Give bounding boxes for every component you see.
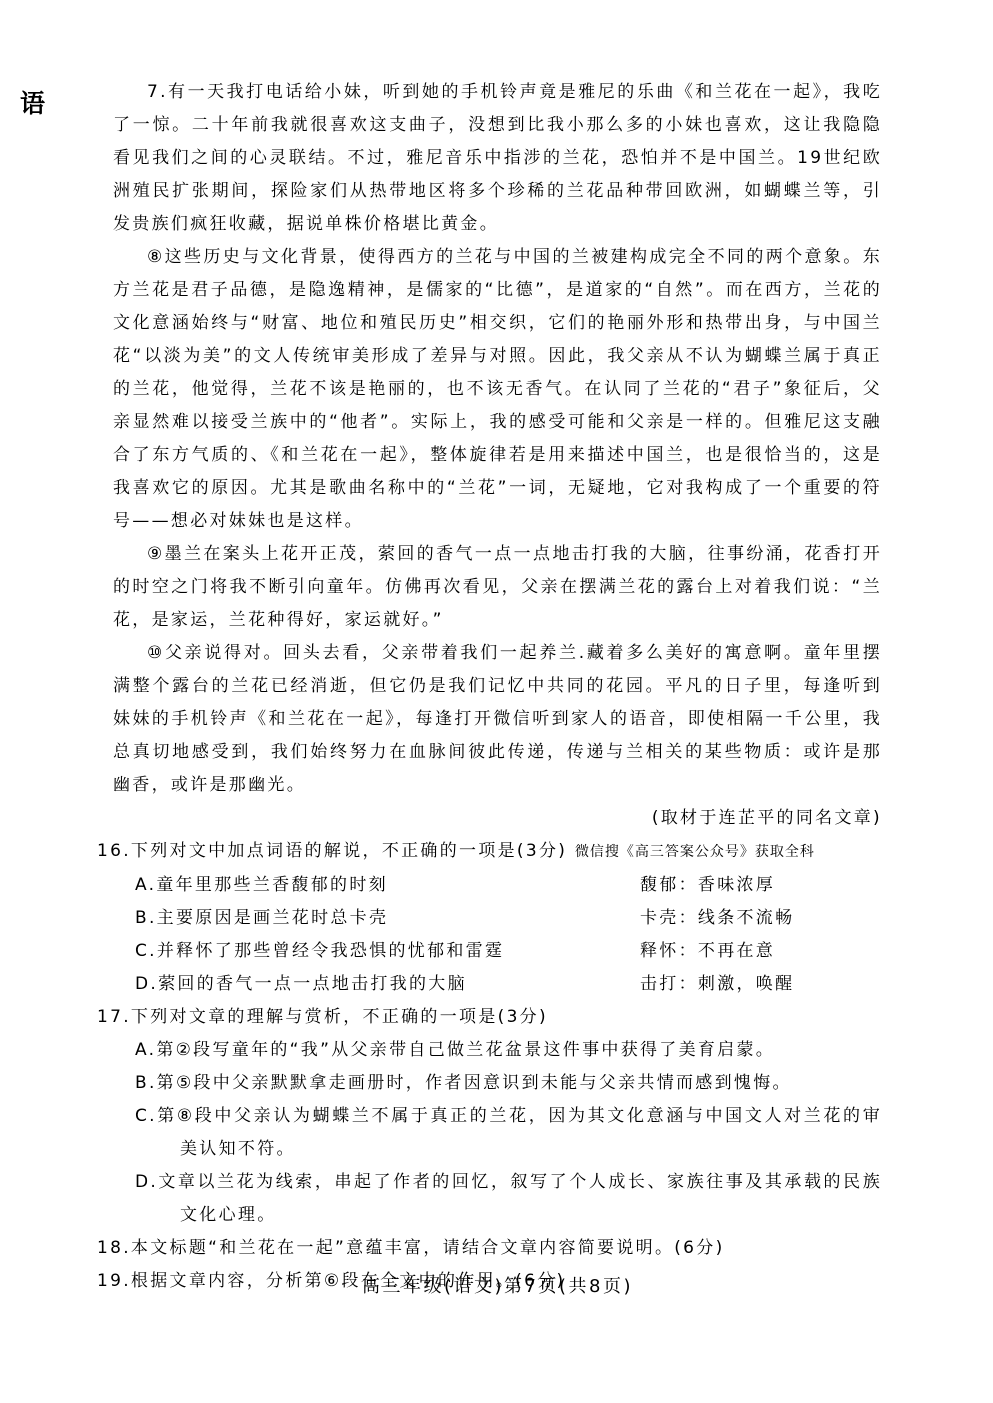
option-gloss: 击打：刺激，唤醒 xyxy=(640,968,882,1001)
content-area: 7.有一天我打电话给小妹，听到她的手机铃声竟是雅尼的乐曲《和兰花在一起》，我吃了… xyxy=(113,76,882,1298)
option-gloss: 卡壳：线条不流畅 xyxy=(640,902,882,935)
passage-paragraph-10: ⑩父亲说得对。回头去看，父亲带着我们一起养兰.藏着多么美好的寓意啊。童年里摆满整… xyxy=(113,637,882,802)
option-text: A.童年里那些兰香馥郁的时刻 xyxy=(113,869,640,902)
watermark-text: 微信搜《高三答案公众号》获取全科 xyxy=(575,844,815,860)
passage-attribution: (取材于连芷平的同名文章) xyxy=(113,802,882,835)
subject-margin-label: 语 xyxy=(20,84,45,120)
question-18-stem: 18.本文标题“和兰花在一起”意蕴丰富，请结合文章内容简要说明。(6分) xyxy=(97,1232,882,1265)
question-17: 17.下列对文章的理解与赏析，不正确的一项是(3分) A.第②段写童年的“我”从… xyxy=(113,1001,882,1232)
passage-paragraph-8: ⑧这些历史与文化背景，使得西方的兰花与中国的兰被建构成完全不同的两个意象。东方兰… xyxy=(113,241,882,538)
question-17-option-a: A.第②段写童年的“我”从父亲带自己做兰花盆景这件事中获得了美育启蒙。 xyxy=(113,1034,882,1067)
page-footer: 高三年级(语文)第7页(共8页) xyxy=(113,1272,882,1298)
question-16-stem-line: 16.下列对文中加点词语的解说，不正确的一项是(3分) 微信搜《高三答案公众号》… xyxy=(97,835,882,869)
exam-page: 语 7.有一天我打电话给小妹，听到她的手机铃声竟是雅尼的乐曲《和兰花在一起》，我… xyxy=(0,0,993,1403)
option-gloss: 馥郁：香味浓厚 xyxy=(640,869,882,902)
option-gloss: 释怀：不再在意 xyxy=(640,935,882,968)
question-16-option-a: A.童年里那些兰香馥郁的时刻 馥郁：香味浓厚 xyxy=(113,869,882,902)
passage-paragraph-7: 7.有一天我打电话给小妹，听到她的手机铃声竟是雅尼的乐曲《和兰花在一起》，我吃了… xyxy=(113,76,882,241)
question-17-option-c: C.第⑧段中父亲认为蝴蝶兰不属于真正的兰花，因为其文化意涵与中国文人对兰花的审美… xyxy=(113,1100,882,1166)
question-16-option-c: C.并释怀了那些曾经令我恐惧的忧郁和雷霆 释怀：不再在意 xyxy=(113,935,882,968)
option-text: D.萦回的香气一点一点地击打我的大脑 xyxy=(113,968,640,1001)
option-text: C.并释怀了那些曾经令我恐惧的忧郁和雷霆 xyxy=(113,935,640,968)
question-16-option-d: D.萦回的香气一点一点地击打我的大脑 击打：刺激，唤醒 xyxy=(113,968,882,1001)
option-text: B.主要原因是画兰花时总卡壳 xyxy=(113,902,640,935)
question-17-option-b: B.第⑤段中父亲默默拿走画册时，作者因意识到未能与父亲共情而感到愧悔。 xyxy=(113,1067,882,1100)
question-16: 16.下列对文中加点词语的解说，不正确的一项是(3分) 微信搜《高三答案公众号》… xyxy=(113,835,882,1001)
question-17-stem: 17.下列对文章的理解与赏析，不正确的一项是(3分) xyxy=(97,1001,882,1034)
question-17-option-d: D.文章以兰花为线索，串起了作者的回忆，叙写了个人成长、家族往事及其承载的民族文… xyxy=(113,1166,882,1232)
question-16-option-b: B.主要原因是画兰花时总卡壳 卡壳：线条不流畅 xyxy=(113,902,882,935)
passage-paragraph-9: ⑨墨兰在案头上花开正茂，萦回的香气一点一点地击打我的大脑，往事纷涌，花香打开的时… xyxy=(113,538,882,637)
question-16-stem: 16.下列对文中加点词语的解说，不正确的一项是(3分) xyxy=(97,841,567,861)
